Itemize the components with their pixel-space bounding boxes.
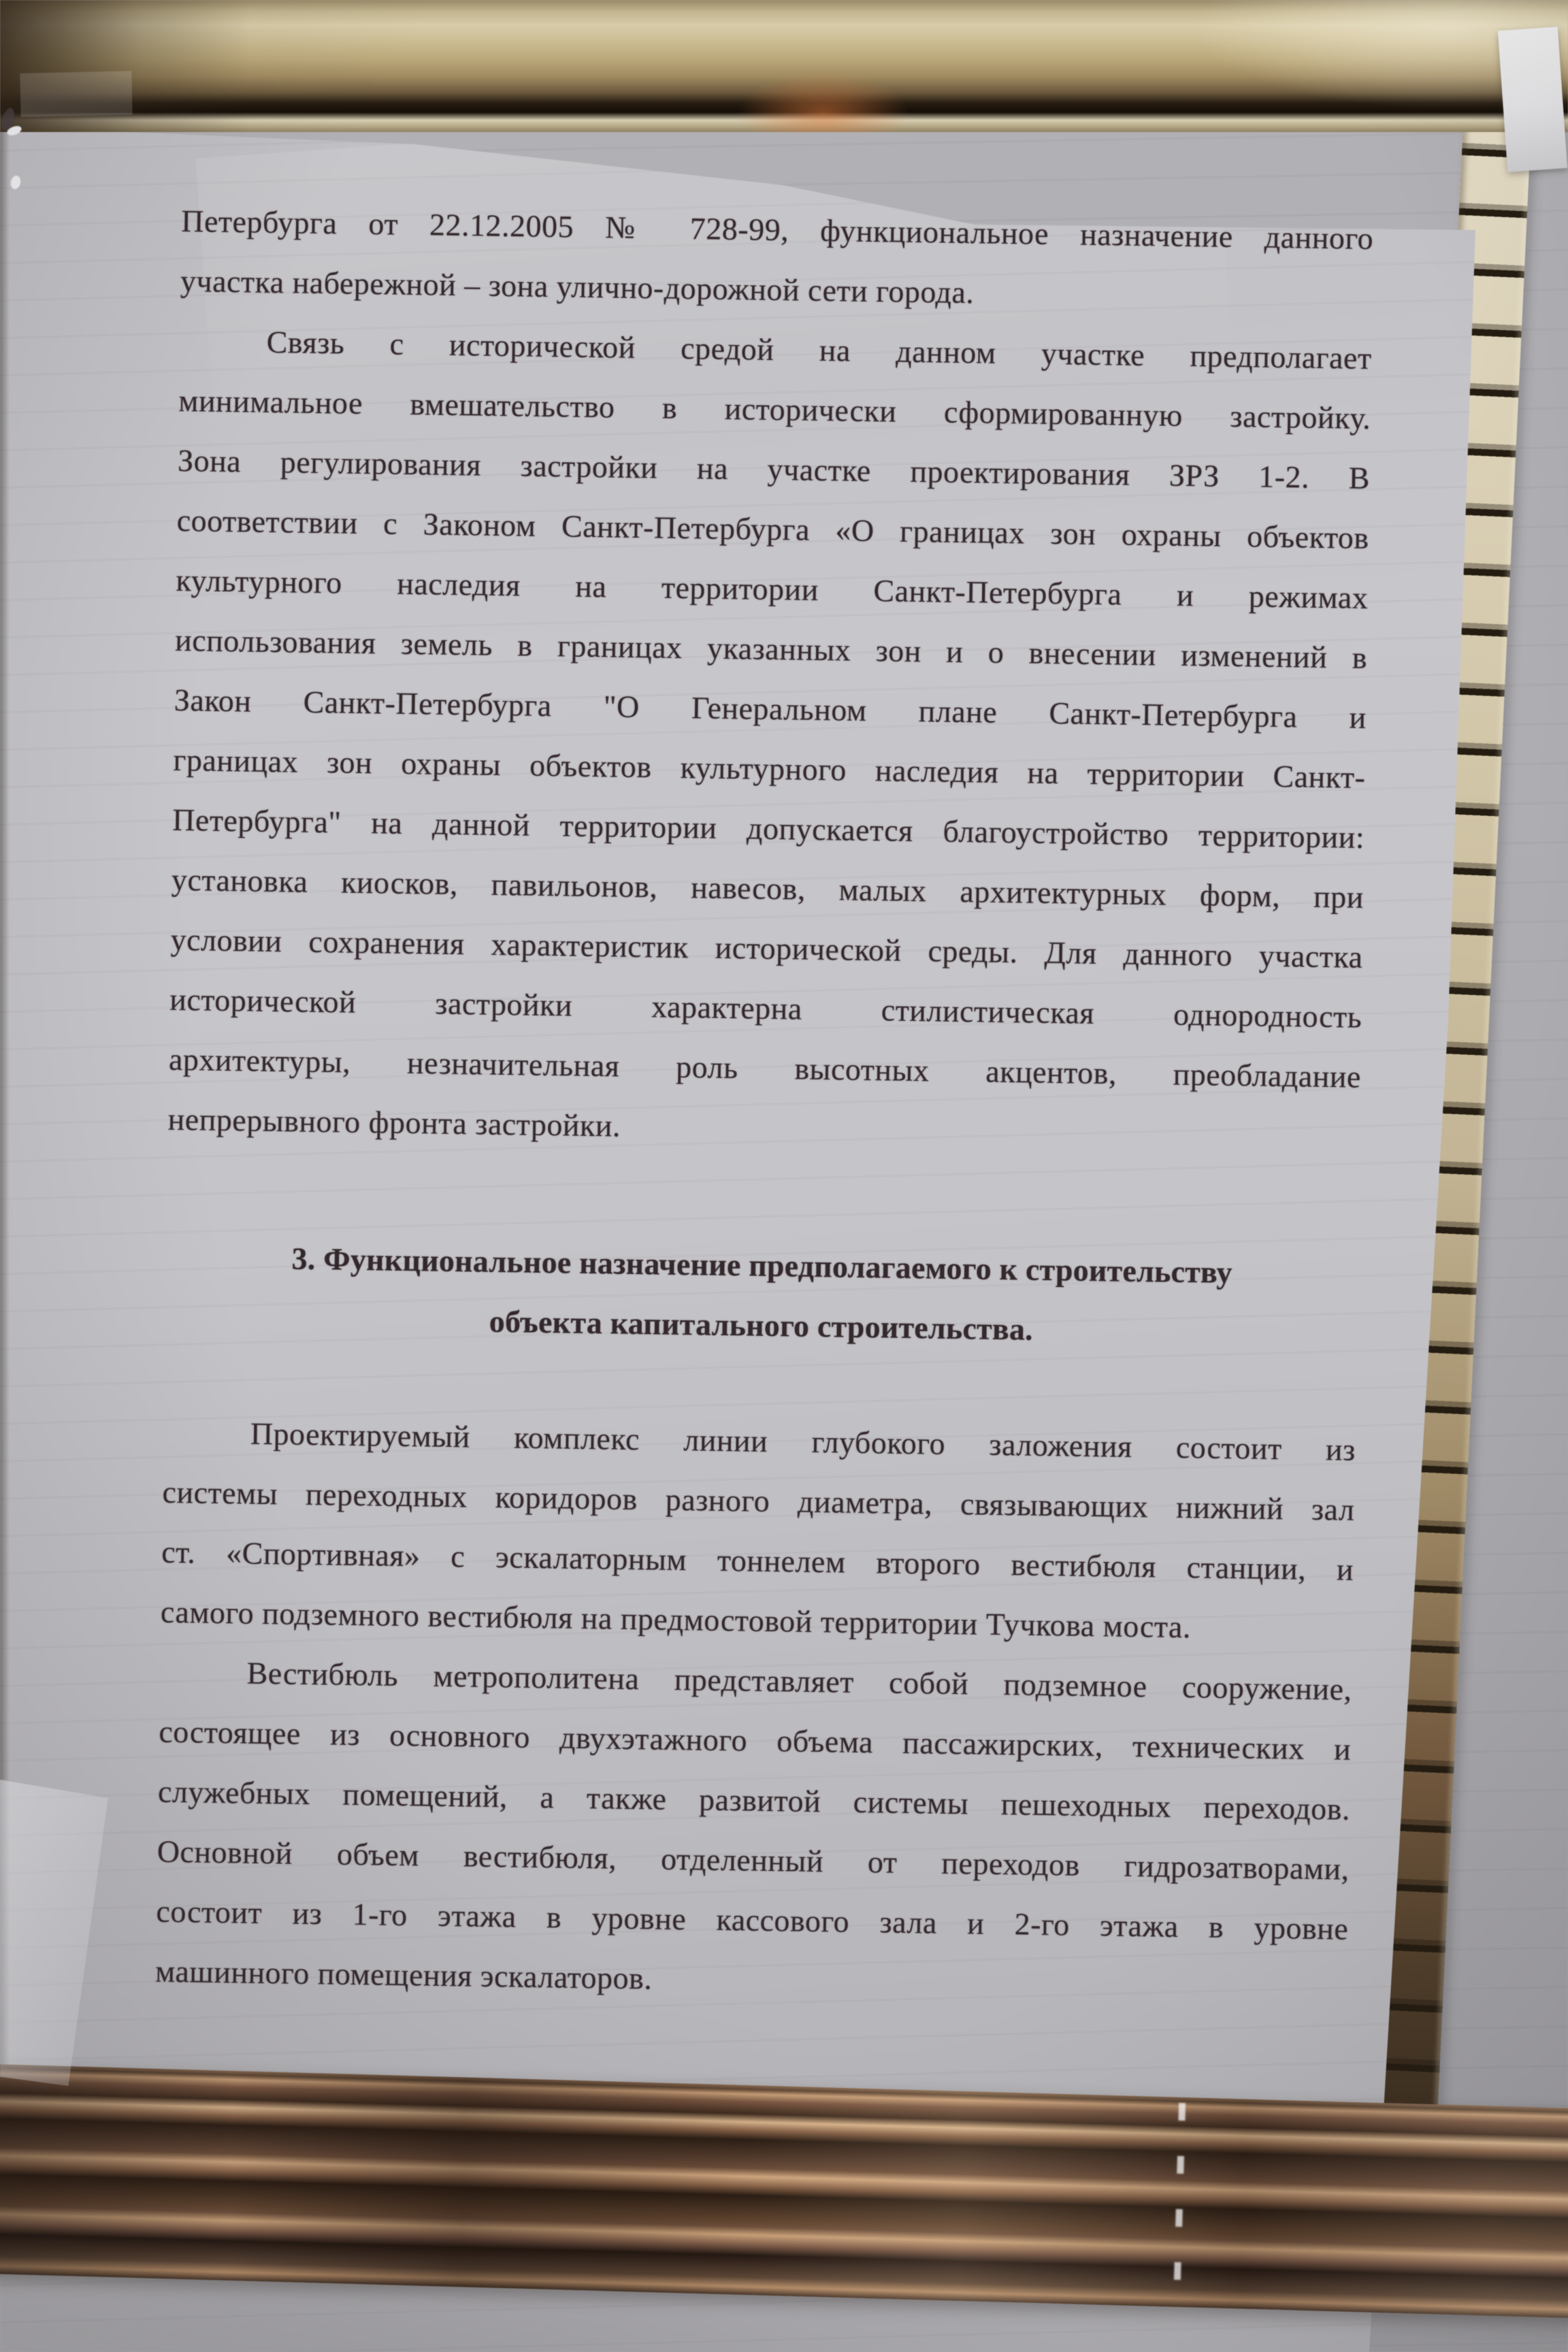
document-page: 2 Петербурга от 22.12.2005 № 728-99, фун… [0, 0, 1568, 2352]
brass-trim-top [0, 0, 1568, 132]
tape-piece-top-right [1498, 27, 1567, 172]
document-text-block: Петербурга от 22.12.2005 № 728-99, функц… [155, 191, 1374, 2019]
photo-canvas: 2 Петербурга от 22.12.2005 № 728-99, фун… [0, 0, 1568, 2352]
scene-document-on-metal-wall: 2 Петербурга от 22.12.2005 № 728-99, фун… [0, 0, 1568, 2352]
tape-piece-top-left [20, 71, 132, 116]
